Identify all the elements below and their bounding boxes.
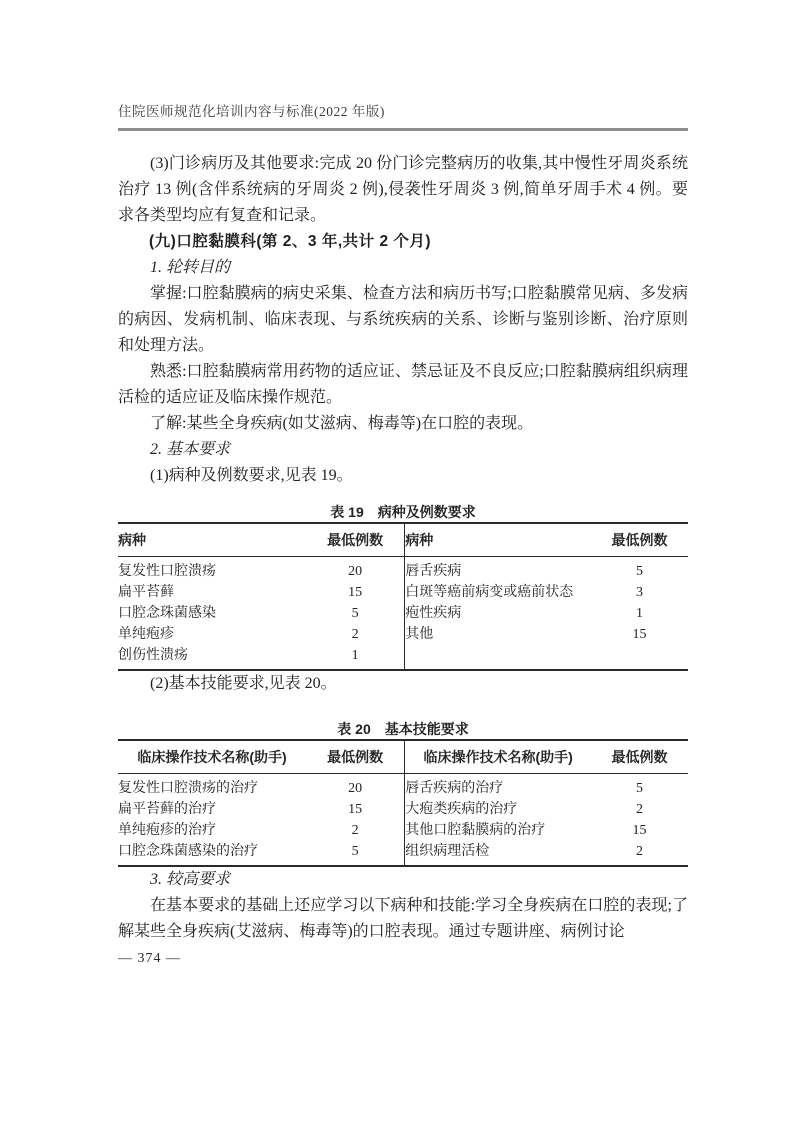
paragraph-see-table20: (2)基本技能要求,见表 20。	[118, 671, 688, 697]
min-cases-cell: 2	[306, 624, 405, 645]
table-row: 口腔念珠菌感染 5 疱性疾病 1	[118, 603, 688, 624]
subheading-rotation-purpose: 1. 轮转目的	[118, 255, 688, 281]
skill-name-cell: 其他口腔黏膜病的治疗	[405, 820, 591, 841]
paragraph-master: 掌握:口腔黏膜病的病史采集、检查方法和病历书写;口腔黏膜常见病、多发病的病因、发…	[118, 281, 688, 359]
skill-name-cell: 扁平苔藓的治疗	[118, 799, 306, 820]
disease-name-cell: 口腔念珠菌感染	[118, 603, 306, 624]
running-header-text: 住院医师规范化培训内容与标准(2022 年版)	[118, 103, 688, 121]
table-row: 创伤性溃疡 1	[118, 645, 688, 670]
min-cases-cell: 5	[591, 557, 688, 583]
table-row: 扁平苔藓的治疗 15 大疱类疾病的治疗 2	[118, 799, 688, 820]
table-row: 复发性口腔溃疡 20 唇舌疾病 5	[118, 557, 688, 583]
disease-name-cell: 唇舌疾病	[405, 557, 591, 583]
min-cases-cell: 3	[591, 582, 688, 603]
min-cases-cell: 2	[306, 820, 405, 841]
paragraph-understand: 了解:某些全身疾病(如艾滋病、梅毒等)在口腔的表现。	[118, 411, 688, 437]
min-cases-cell: 15	[591, 624, 688, 645]
page-number: — 374 —	[118, 950, 688, 968]
disease-name-cell: 扁平苔藓	[118, 582, 306, 603]
min-cases-cell: 1	[591, 603, 688, 624]
subheading-basic-requirements: 2. 基本要求	[118, 437, 688, 463]
paragraph-familiar: 熟悉:口腔黏膜病常用药物的适应证、禁忌证及不良反应;口腔黏膜病组织病理活检的适应…	[118, 359, 688, 411]
running-header: 住院医师规范化培训内容与标准(2022 年版)	[118, 103, 688, 131]
table19-header-disease-left: 病种	[118, 523, 306, 557]
disease-name-cell: 创伤性溃疡	[118, 645, 306, 670]
skill-name-cell: 复发性口腔溃疡的治疗	[118, 774, 306, 800]
table19-header-min-right: 最低例数	[591, 523, 688, 557]
table19-caption: 表 19 病种及例数要求	[118, 502, 688, 522]
header-rule	[118, 128, 688, 131]
min-cases-cell: 2	[591, 799, 688, 820]
min-cases-cell	[591, 645, 688, 670]
table20-header-row: 临床操作技术名称(助手) 最低例数 临床操作技术名称(助手) 最低例数	[118, 740, 688, 774]
min-cases-cell: 20	[306, 557, 405, 583]
disease-name-cell: 其他	[405, 624, 591, 645]
table20-header-skill-left: 临床操作技术名称(助手)	[118, 740, 306, 774]
section-heading-oral-mucosa: (九)口腔黏膜科(第 2、3 年,共计 2 个月)	[118, 229, 688, 255]
table19-header-min-left: 最低例数	[306, 523, 405, 557]
min-cases-cell: 15	[591, 820, 688, 841]
skill-name-cell: 口腔念珠菌感染的治疗	[118, 841, 306, 866]
disease-name-cell: 单纯疱疹	[118, 624, 306, 645]
disease-name-cell: 白斑等癌前病变或癌前状态	[405, 582, 591, 603]
table-row: 单纯疱疹的治疗 2 其他口腔黏膜病的治疗 15	[118, 820, 688, 841]
min-cases-cell: 5	[306, 603, 405, 624]
subheading-advanced-requirements: 3. 较高要求	[118, 867, 688, 893]
table-row: 复发性口腔溃疡的治疗 20 唇舌疾病的治疗 5	[118, 774, 688, 800]
skill-name-cell: 唇舌疾病的治疗	[405, 774, 591, 800]
table20-header-skill-right: 临床操作技术名称(助手)	[405, 740, 591, 774]
paragraph-advanced: 在基本要求的基础上还应学习以下病种和技能:学习全身疾病在口腔的表现;了解某些全身…	[118, 893, 688, 945]
disease-name-cell	[405, 645, 591, 670]
table20-header-min-right: 最低例数	[591, 740, 688, 774]
table19-header-disease-right: 病种	[405, 523, 591, 557]
skill-name-cell: 单纯疱疹的治疗	[118, 820, 306, 841]
table-row: 单纯疱疹 2 其他 15	[118, 624, 688, 645]
paragraph-see-table19: (1)病种及例数要求,见表 19。	[118, 463, 688, 489]
paragraph-clinic-records: (3)门诊病历及其他要求:完成 20 份门诊完整病历的收集,其中慢性牙周炎系统治…	[118, 151, 688, 229]
min-cases-cell: 5	[591, 774, 688, 800]
table20-caption: 表 20 基本技能要求	[118, 719, 688, 739]
table-row: 扁平苔藓 15 白斑等癌前病变或癌前状态 3	[118, 582, 688, 603]
min-cases-cell: 2	[591, 841, 688, 866]
min-cases-cell: 1	[306, 645, 405, 670]
min-cases-cell: 15	[306, 799, 405, 820]
table20-basic-skills: 临床操作技术名称(助手) 最低例数 临床操作技术名称(助手) 最低例数 复发性口…	[118, 739, 688, 867]
min-cases-cell: 20	[306, 774, 405, 800]
disease-name-cell: 疱性疾病	[405, 603, 591, 624]
skill-name-cell: 组织病理活检	[405, 841, 591, 866]
table-row: 口腔念珠菌感染的治疗 5 组织病理活检 2	[118, 841, 688, 866]
min-cases-cell: 15	[306, 582, 405, 603]
disease-name-cell: 复发性口腔溃疡	[118, 557, 306, 583]
table19-header-row: 病种 最低例数 病种 最低例数	[118, 523, 688, 557]
table20-header-min-left: 最低例数	[306, 740, 405, 774]
min-cases-cell: 5	[306, 841, 405, 866]
table19-disease-cases: 病种 最低例数 病种 最低例数 复发性口腔溃疡 20 唇舌疾病 5 扁平苔藓 1…	[118, 522, 688, 671]
document-page: 住院医师规范化培训内容与标准(2022 年版) (3)门诊病历及其他要求:完成 …	[0, 0, 800, 1131]
skill-name-cell: 大疱类疾病的治疗	[405, 799, 591, 820]
